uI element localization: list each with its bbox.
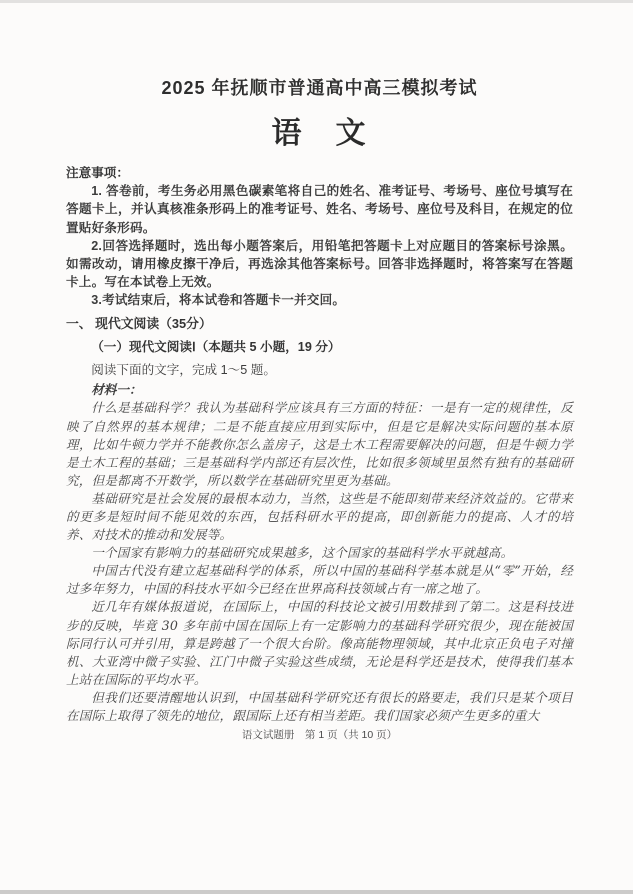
passage-paragraph: 基础研究是社会发展的最根本动力，当然，这些是不能即刻带来经济效益的。它带来的更多… bbox=[66, 490, 573, 544]
material-label: 材料一： bbox=[66, 381, 573, 399]
passage-paragraph: 什么是基础科学？我认为基础科学应该具有三方面的特征：一是有一定的规律性，反映了自… bbox=[66, 399, 573, 489]
passage-paragraph: 但我们还要清醒地认识到，中国基础科学研究还有很长的路要走，我们只是某个项目在国际… bbox=[66, 689, 573, 725]
passage-paragraph: 中国古代没有建立起基础科学的体系，所以中国的基础科学基本就是从“零”开始，经过多… bbox=[66, 562, 573, 598]
page-footer: 语文试题册 第 1 页（共 10 页） bbox=[66, 728, 573, 743]
notice-item: 1. 答卷前，考生务必用黑色碳素笔将自己的姓名、准考证号、考场号、座位号填写在答… bbox=[66, 182, 573, 237]
subject-title: 语 文 bbox=[66, 114, 573, 154]
passage-body: 什么是基础科学？我认为基础科学应该具有三方面的特征：一是有一定的规律性，反映了自… bbox=[66, 399, 573, 725]
notice-item: 2.回答选择题时，选出每小题答案后，用铅笔把答题卡上对应题目的答案标号涂黑。如需… bbox=[66, 237, 573, 292]
section-heading: 一、 现代文阅读（35分） bbox=[66, 315, 573, 333]
exam-paper-page: 2025 年抚顺市普通高中高三模拟考试 语 文 注意事项： 1. 答卷前，考生务… bbox=[0, 0, 633, 894]
notices-section: 注意事项： 1. 答卷前，考生务必用黑色碳素笔将自己的姓名、准考证号、考场号、座… bbox=[66, 164, 573, 310]
passage-paragraph: 一个国家有影响力的基础研究成果越多，这个国家的基础科学水平就越高。 bbox=[66, 544, 573, 562]
reading-instruction: 阅读下面的文字，完成 1～5 题。 bbox=[66, 361, 573, 379]
scan-bottom-edge bbox=[0, 890, 633, 894]
page-content: 2025 年抚顺市普通高中高三模拟考试 语 文 注意事项： 1. 答卷前，考生务… bbox=[0, 0, 633, 743]
subsection-heading: （一）现代文阅读Ⅰ（本题共 5 小题，19 分） bbox=[66, 338, 573, 356]
exam-title: 2025 年抚顺市普通高中高三模拟考试 bbox=[66, 76, 573, 100]
notices-heading: 注意事项： bbox=[66, 164, 573, 182]
notice-item: 3.考试结束后，将本试卷和答题卡一并交回。 bbox=[66, 291, 573, 309]
passage-paragraph: 近几年有媒体报道说，在国际上，中国的科技论文被引用数排到了第二。这是科技进步的反… bbox=[66, 598, 573, 688]
